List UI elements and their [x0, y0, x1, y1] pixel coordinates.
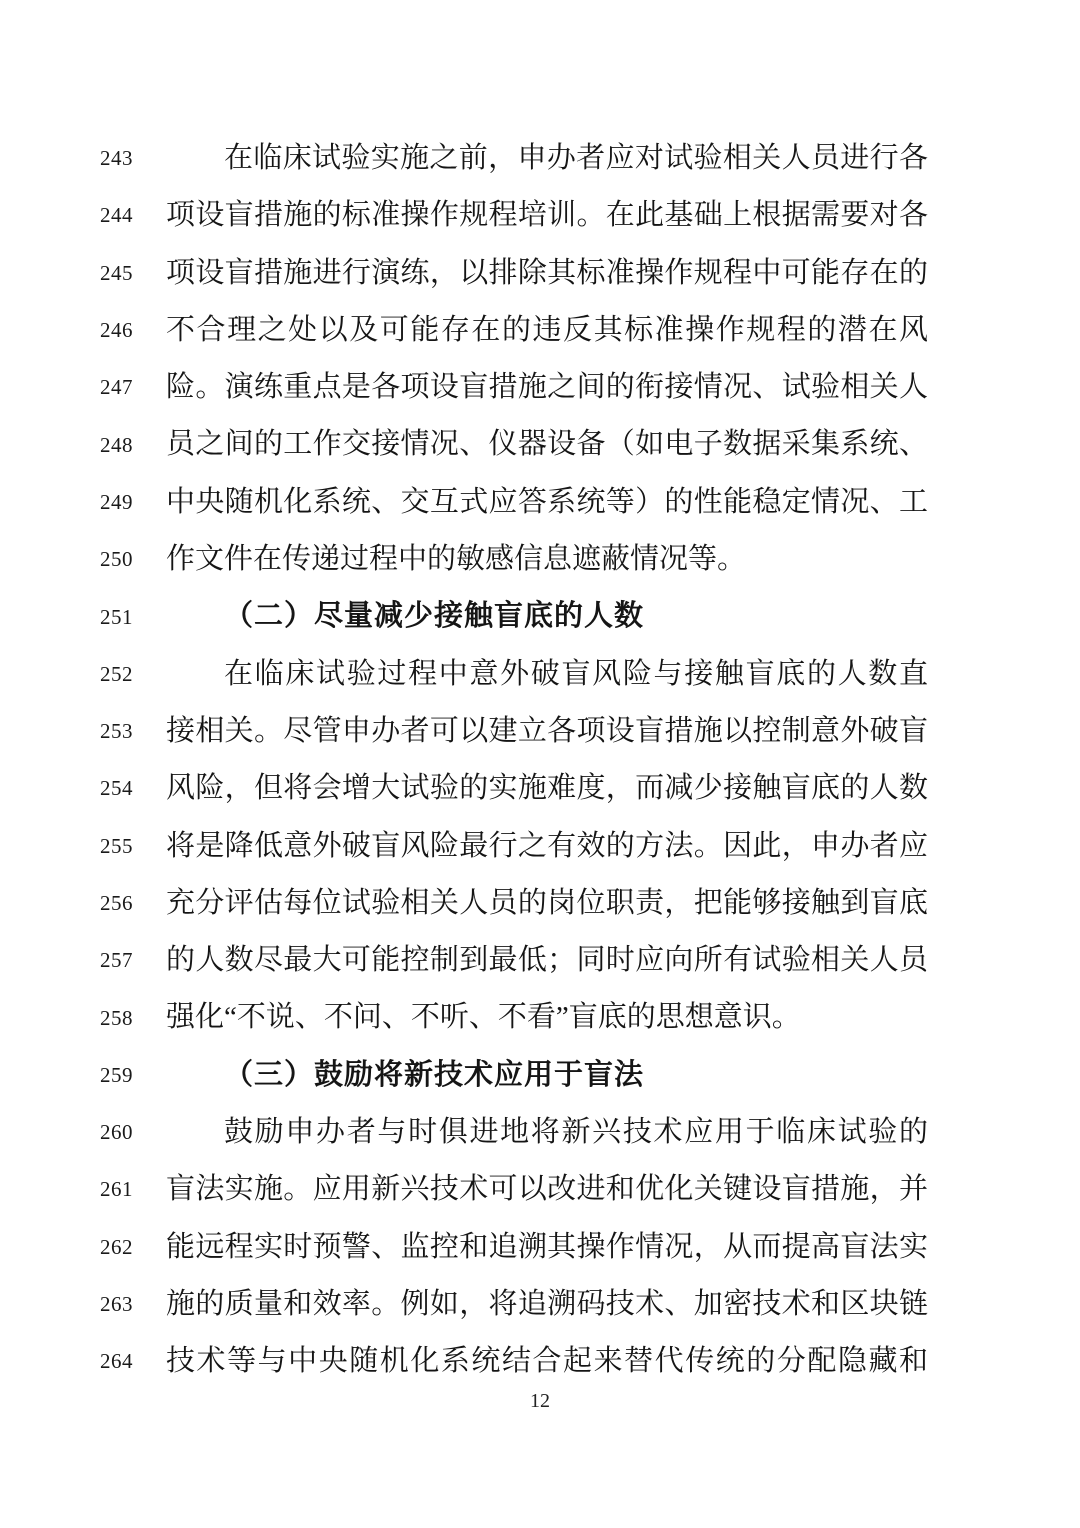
line-number: 247: [100, 375, 166, 400]
line-number: 251: [100, 605, 166, 630]
line-number: 255: [100, 834, 166, 859]
line-number: 249: [100, 490, 166, 515]
document-line: 264 技术等与中央随机化系统结合起来替代传统的分配隐藏和: [0, 1333, 928, 1390]
document-line: 249 中央随机化系统、交互式应答系统等）的性能稳定情况、工: [0, 474, 928, 531]
document-line: 259 （三）鼓励将新技术应用于盲法: [0, 1047, 928, 1104]
line-number: 244: [100, 203, 166, 228]
line-number: 261: [100, 1177, 166, 1202]
line-number: 243: [100, 146, 166, 171]
line-text: 充分评估每位试验相关人员的岗位职责，把能够接触到盲底: [166, 887, 928, 920]
document-line: 244 项设盲措施的标准操作规程培训。在此基础上根据需要对各: [0, 187, 928, 244]
document-line: 245 项设盲措施进行演练，以排除其标准操作规程中可能存在的: [0, 245, 928, 302]
line-text: 接相关。尽管申办者可以建立各项设盲措施以控制意外破盲: [166, 715, 928, 748]
line-number: 250: [100, 547, 166, 572]
line-number: 264: [100, 1349, 166, 1374]
document-line: 260 鼓励申办者与时俱进地将新兴技术应用于临床试验的: [0, 1104, 928, 1161]
line-text: 鼓励申办者与时俱进地将新兴技术应用于临床试验的: [166, 1116, 928, 1149]
line-text: 能远程实时预警、监控和追溯其操作情况，从而提高盲法实: [166, 1231, 928, 1264]
document-line: 251 （二）尽量减少接触盲底的人数: [0, 588, 928, 645]
line-text: 施的质量和效率。例如，将追溯码技术、加密技术和区块链: [166, 1288, 928, 1321]
document-line: 253 接相关。尽管申办者可以建立各项设盲措施以控制意外破盲: [0, 703, 928, 760]
line-number: 258: [100, 1006, 166, 1031]
document-body: 243 在临床试验实施之前，申办者应对试验相关人员进行各 244 项设盲措施的标…: [0, 130, 928, 1391]
line-number: 248: [100, 433, 166, 458]
page-number: 12: [0, 1390, 1080, 1413]
line-number: 256: [100, 891, 166, 916]
document-line: 255 将是降低意外破盲风险最行之有效的方法。因此，申办者应: [0, 818, 928, 875]
section-heading: （三）鼓励将新技术应用于盲法: [166, 1059, 928, 1092]
line-text: 盲法实施。应用新兴技术可以改进和优化关键设盲措施，并: [166, 1173, 928, 1206]
document-line: 250 作文件在传递过程中的敏感信息遮蔽情况等。: [0, 531, 928, 588]
line-text: 员之间的工作交接情况、仪器设备（如电子数据采集系统、: [166, 428, 928, 461]
line-text: 中央随机化系统、交互式应答系统等）的性能稳定情况、工: [166, 486, 928, 519]
line-number: 257: [100, 948, 166, 973]
line-number: 262: [100, 1235, 166, 1260]
line-number: 245: [100, 261, 166, 286]
document-line: 246 不合理之处以及可能存在的违反其标准操作规程的潜在风: [0, 302, 928, 359]
line-number: 263: [100, 1292, 166, 1317]
line-text: 不合理之处以及可能存在的违反其标准操作规程的潜在风: [166, 314, 928, 347]
document-page: 243 在临床试验实施之前，申办者应对试验相关人员进行各 244 项设盲措施的标…: [0, 0, 1080, 1528]
line-number: 246: [100, 318, 166, 343]
line-number: 254: [100, 776, 166, 801]
document-line: 248 员之间的工作交接情况、仪器设备（如电子数据采集系统、: [0, 416, 928, 473]
line-text: 将是降低意外破盲风险最行之有效的方法。因此，申办者应: [166, 830, 928, 863]
document-line: 256 充分评估每位试验相关人员的岗位职责，把能够接触到盲底: [0, 875, 928, 932]
document-line: 258 强化“不说、不问、不听、不看”盲底的思想意识。: [0, 989, 928, 1046]
document-line: 261 盲法实施。应用新兴技术可以改进和优化关键设盲措施，并: [0, 1161, 928, 1218]
line-text: 技术等与中央随机化系统结合起来替代传统的分配隐藏和: [166, 1345, 928, 1378]
document-line: 257 的人数尽最大可能控制到最低；同时应向所有试验相关人员: [0, 932, 928, 989]
document-line: 252 在临床试验过程中意外破盲风险与接触盲底的人数直: [0, 646, 928, 703]
document-line: 254 风险，但将会增大试验的实施难度，而减少接触盲底的人数: [0, 760, 928, 817]
document-line: 243 在临床试验实施之前，申办者应对试验相关人员进行各: [0, 130, 928, 187]
line-text: 的人数尽最大可能控制到最低；同时应向所有试验相关人员: [166, 944, 928, 977]
line-text: 在临床试验实施之前，申办者应对试验相关人员进行各: [166, 142, 928, 175]
line-text: 作文件在传递过程中的敏感信息遮蔽情况等。: [166, 543, 928, 576]
line-number: 252: [100, 662, 166, 687]
document-line: 263 施的质量和效率。例如，将追溯码技术、加密技术和区块链: [0, 1276, 928, 1333]
line-number: 259: [100, 1063, 166, 1088]
line-text: 项设盲措施进行演练，以排除其标准操作规程中可能存在的: [166, 257, 928, 290]
line-text: 在临床试验过程中意外破盲风险与接触盲底的人数直: [166, 658, 928, 691]
section-heading: （二）尽量减少接触盲底的人数: [166, 600, 928, 633]
document-line: 262 能远程实时预警、监控和追溯其操作情况，从而提高盲法实: [0, 1219, 928, 1276]
line-text: 险。演练重点是各项设盲措施之间的衔接情况、试验相关人: [166, 371, 928, 404]
line-text: 风险，但将会增大试验的实施难度，而减少接触盲底的人数: [166, 772, 928, 805]
document-line: 247 险。演练重点是各项设盲措施之间的衔接情况、试验相关人: [0, 359, 928, 416]
line-text: 强化“不说、不问、不听、不看”盲底的思想意识。: [166, 1001, 928, 1034]
line-text: 项设盲措施的标准操作规程培训。在此基础上根据需要对各: [166, 199, 928, 232]
line-number: 260: [100, 1120, 166, 1145]
line-number: 253: [100, 719, 166, 744]
